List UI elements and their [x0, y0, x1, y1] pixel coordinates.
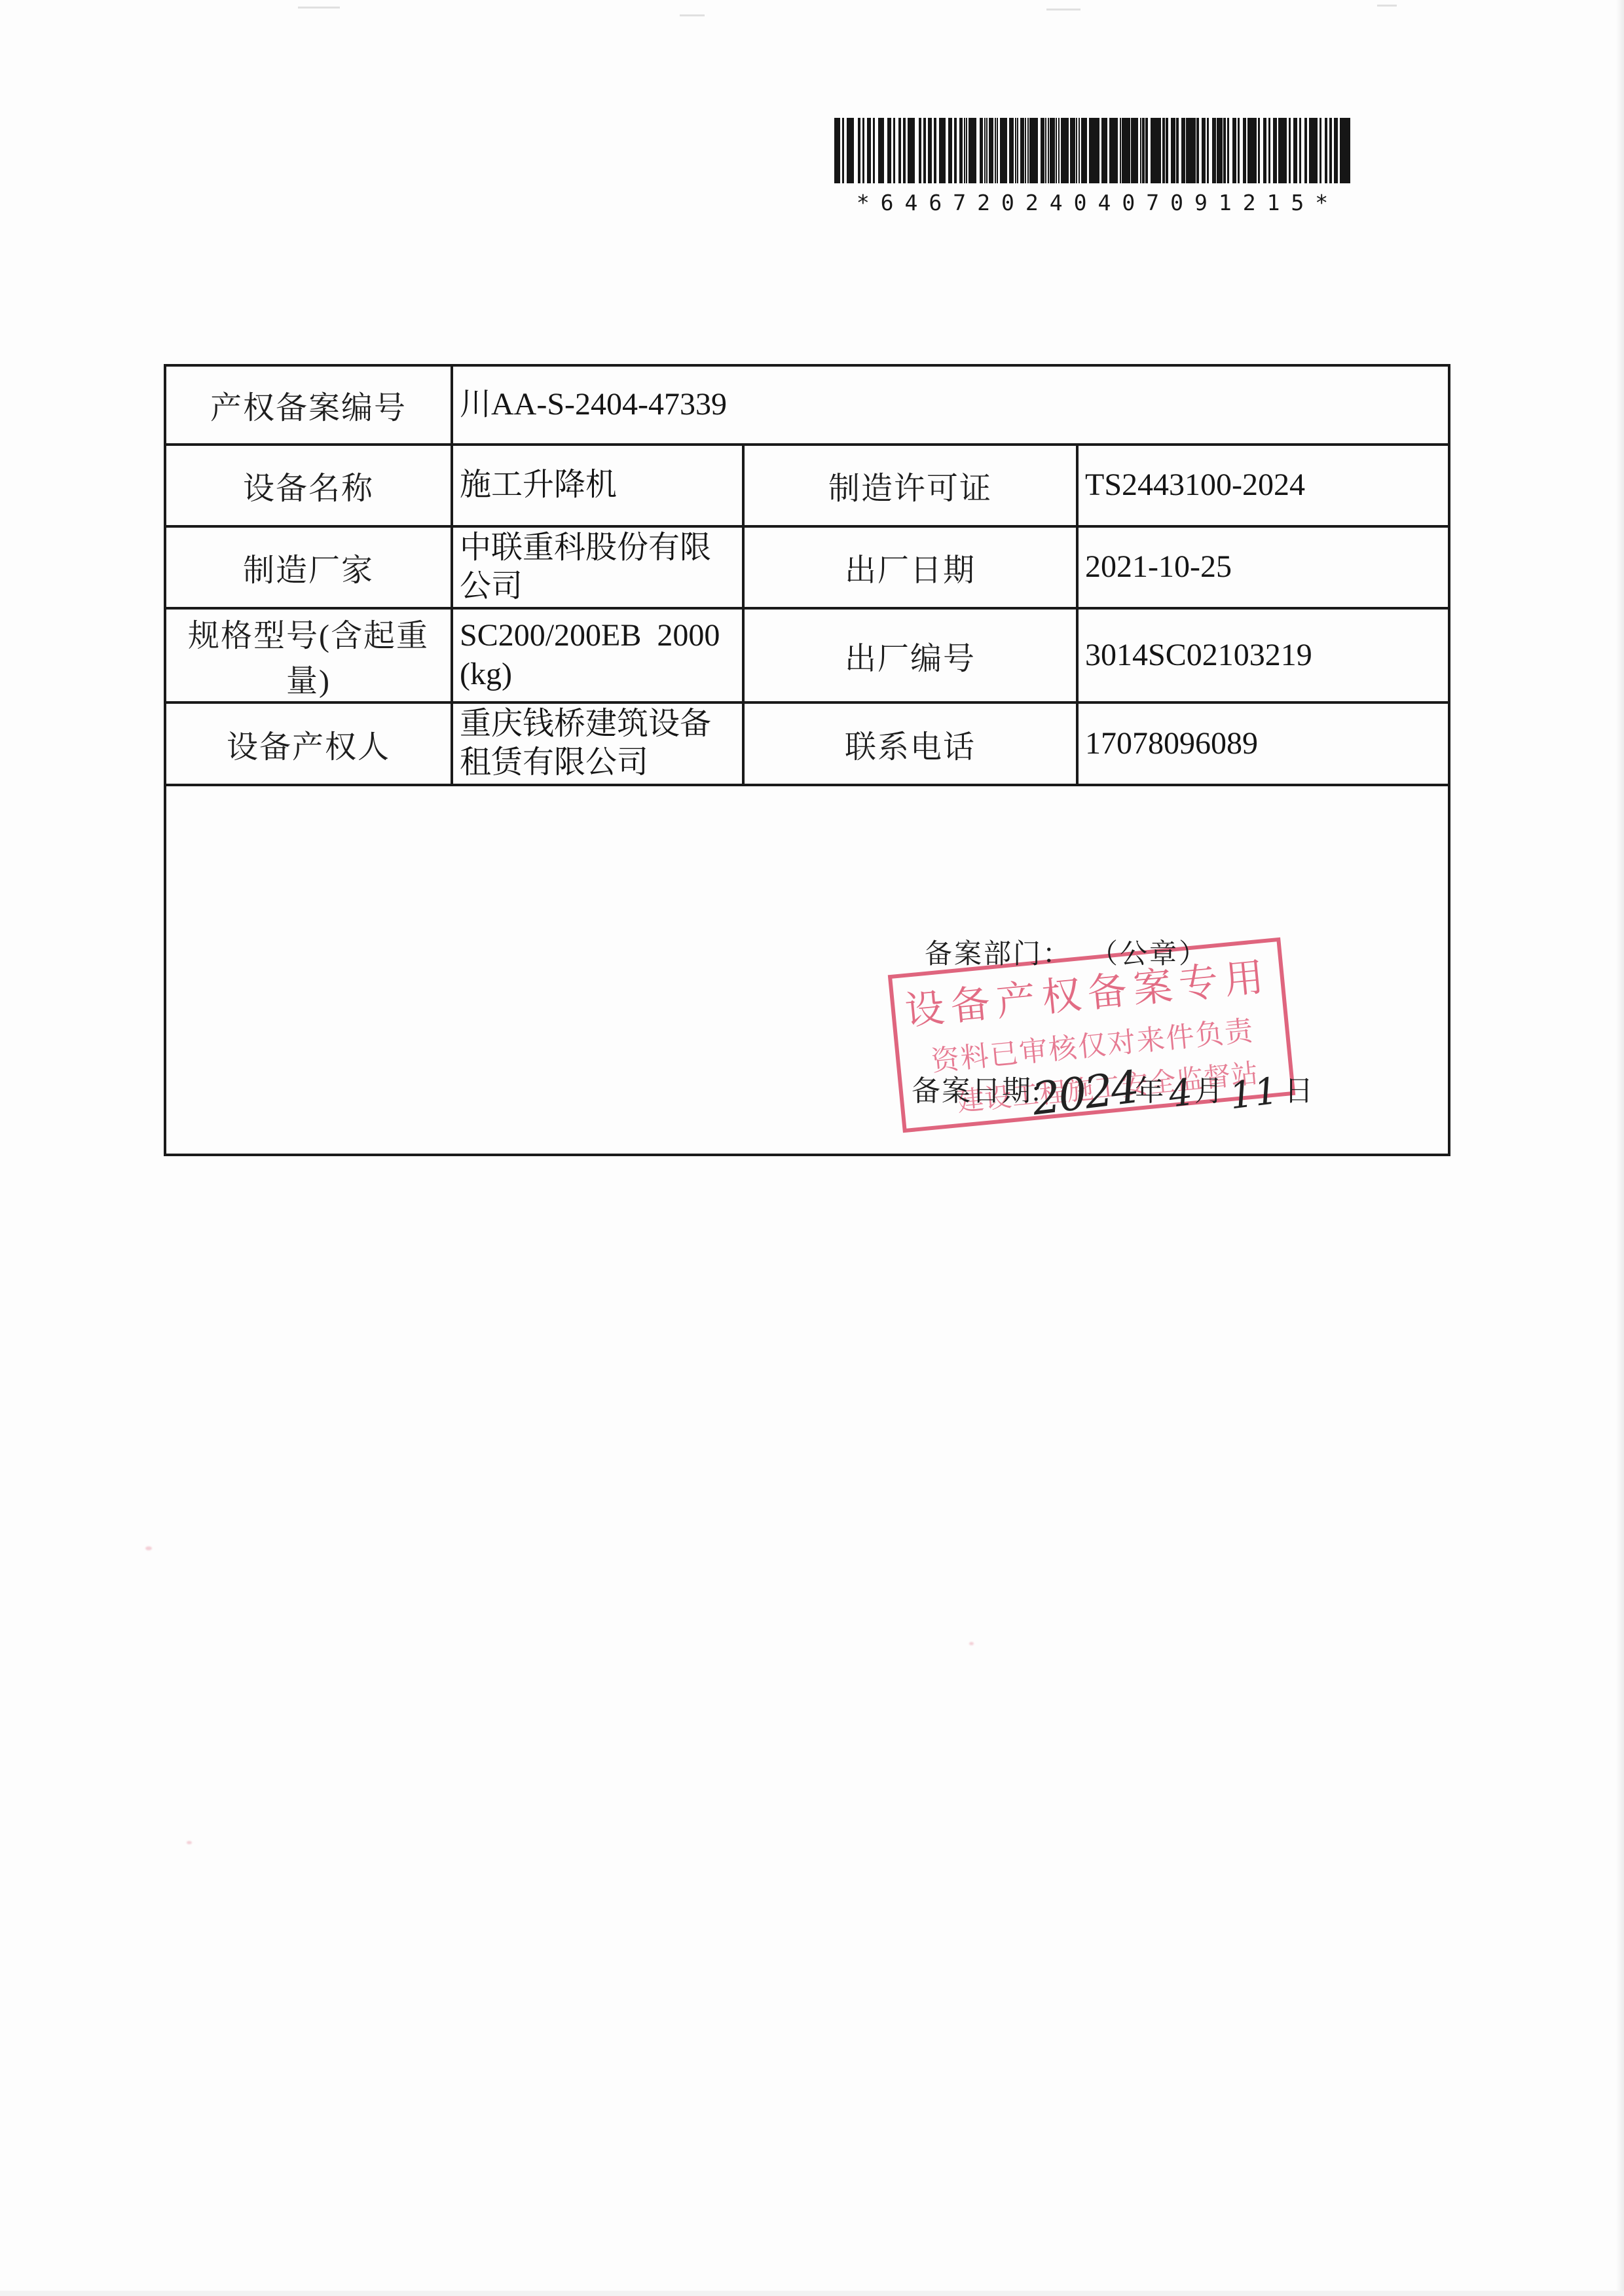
- field-label-record-number: 产权备案编号: [165, 365, 452, 445]
- dept-seal-placeholder: （公章）: [1090, 939, 1208, 970]
- field-value-record-number: 川AA-S-2404-47339: [452, 365, 1449, 445]
- barcode-text: *646720240407091215*: [834, 190, 1350, 215]
- field-value-model-spec: SC200/200EB 2000(kg): [452, 608, 743, 702]
- scan-noise-dash: [1377, 5, 1397, 7]
- year-character: 年: [1135, 1067, 1165, 1109]
- field-value-owner: 重庆钱桥建筑设备租赁有限公司: [452, 702, 743, 785]
- dept-label: 备案部门：: [925, 939, 1072, 970]
- field-label-factory-number: 出厂编号: [743, 608, 1077, 702]
- field-value-factory-number: 3014SC02103219: [1077, 608, 1449, 702]
- month-character: 月: [1194, 1067, 1225, 1109]
- registration-dept-line: 备案部门：（公章）: [925, 932, 1208, 972]
- table-row: 规格型号(含起重量) SC200/200EB 2000(kg) 出厂编号 301…: [165, 608, 1449, 702]
- day-character: 日: [1284, 1067, 1314, 1109]
- handwritten-month: 4: [1166, 1071, 1192, 1116]
- field-value-device-name: 施工升降机: [452, 445, 743, 526]
- scan-speck: [187, 1841, 192, 1844]
- field-label-phone: 联系电话: [743, 702, 1077, 785]
- scan-edge-shadow: [0, 2291, 1624, 2296]
- handwritten-year: 2024: [1029, 1061, 1140, 1125]
- registration-date-line: 备案日期:2024年4月11日: [912, 1067, 1314, 1120]
- field-value-factory-date: 2021-10-25: [1077, 526, 1449, 608]
- table-row: 设备产权人 重庆钱桥建筑设备租赁有限公司 联系电话 17078096089: [165, 702, 1449, 785]
- field-label-device-name: 设备名称: [165, 445, 452, 526]
- field-label-model-spec: 规格型号(含起重量): [165, 608, 452, 702]
- field-label-manufacturer: 制造厂家: [165, 526, 452, 608]
- field-value-manufacturer: 中联重科股份有限公司: [452, 526, 743, 608]
- barcode: *646720240407091215*: [834, 118, 1350, 215]
- scan-noise-dash: [1046, 9, 1080, 10]
- scan-speck: [145, 1546, 152, 1550]
- scan-noise-dash: [298, 7, 340, 9]
- field-value-manufacture-license: TS2443100-2024: [1077, 445, 1449, 526]
- scan-speck: [969, 1642, 974, 1645]
- field-value-phone: 17078096089: [1077, 702, 1449, 785]
- table-row: 设备名称 施工升降机 制造许可证 TS2443100-2024: [165, 445, 1449, 526]
- scan-noise-dash: [680, 14, 705, 16]
- barcode-bars: [834, 118, 1350, 183]
- scan-edge-shadow: [1616, 0, 1624, 2296]
- field-label-manufacture-license: 制造许可证: [743, 445, 1077, 526]
- field-label-factory-date: 出厂日期: [743, 526, 1077, 608]
- table-row: 制造厂家 中联重科股份有限公司 出厂日期 2021-10-25: [165, 526, 1449, 608]
- date-label: 备案日期:: [912, 1067, 1041, 1109]
- table-row: 产权备案编号 川AA-S-2404-47339: [165, 365, 1449, 445]
- scanned-document-page: *646720240407091215* 产权备案编号 川AA-S-2404-4…: [0, 0, 1624, 2296]
- handwritten-day: 11: [1227, 1070, 1282, 1118]
- field-label-owner: 设备产权人: [165, 702, 452, 785]
